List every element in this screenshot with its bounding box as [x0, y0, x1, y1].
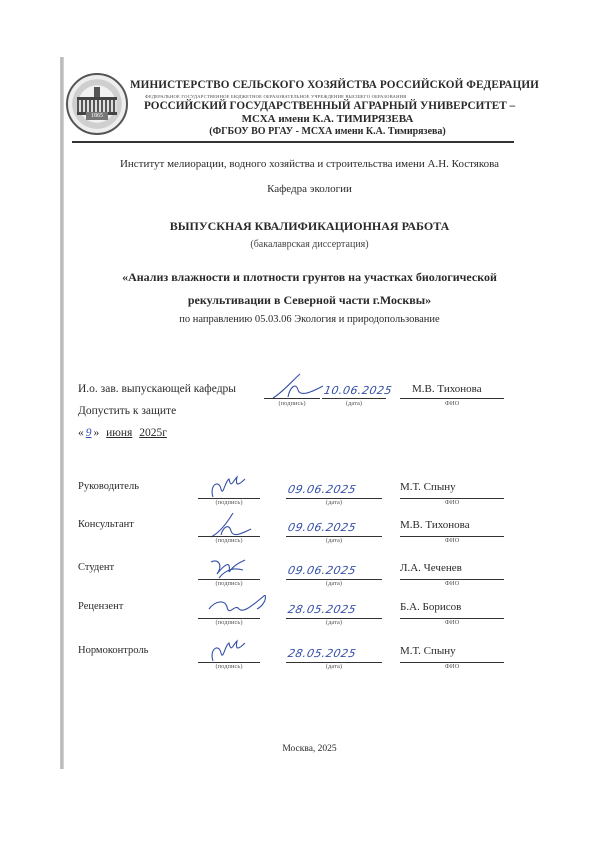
- signatory-date: 28.05.2025: [287, 647, 358, 660]
- signatory-date: 09.06.2025: [287, 483, 358, 496]
- head-name: М.В. Тихонова: [412, 383, 482, 395]
- admit-date: «9» июня 2025г: [78, 427, 167, 439]
- quote-open: «: [78, 427, 84, 439]
- thesis-title-line-1: «Анализ влажности и плотности грунтов на…: [64, 270, 555, 285]
- signatory-date: 28.05.2025: [287, 603, 358, 616]
- date-caption: (дата): [322, 400, 386, 407]
- head-of-department-label: И.о. зав. выпускающей кафедры: [78, 383, 236, 395]
- signature-caption: (подпись): [198, 580, 260, 587]
- fio-caption: ФИО: [400, 400, 504, 407]
- signatory-name: М.В. Тихонова: [400, 519, 470, 531]
- city-year: Москва, 2025: [64, 744, 555, 754]
- date-line: [322, 398, 386, 399]
- head-date: 10.06.2025: [323, 384, 393, 397]
- fio-caption: ФИО: [400, 499, 504, 506]
- ministry-name: МИНИСТЕРСТВО СЕЛЬСКОГО ХОЗЯЙСТВА РОССИЙС…: [130, 79, 539, 91]
- signatory-role: Студент: [78, 562, 114, 573]
- work-type-heading: ВЫПУСКНАЯ КВАЛИФИКАЦИОННАЯ РАБОТА: [64, 219, 555, 234]
- header-divider: [72, 141, 514, 143]
- university-subname: МСХА имени К.А. ТИМИРЯЗЕВА: [0, 113, 595, 125]
- signatory-role: Руководитель: [78, 481, 139, 492]
- fio-caption: ФИО: [400, 580, 504, 587]
- study-direction: по направлению 05.03.06 Экология и приро…: [64, 314, 555, 325]
- date-caption: (дата): [286, 663, 382, 670]
- signatory-date: 09.06.2025: [287, 564, 358, 577]
- signatory-role: Рецензент: [78, 601, 123, 612]
- fio-line: [400, 398, 504, 399]
- thesis-title-line-2: рекультивации в Северной части г.Москвы»: [64, 293, 555, 308]
- signature-caption: (подпись): [198, 537, 260, 544]
- admit-year: 2025г: [139, 427, 167, 439]
- date-caption: (дата): [286, 580, 382, 587]
- signature-caption: (подпись): [198, 663, 260, 670]
- fio-caption: ФИО: [400, 537, 504, 544]
- signatory-name: Б.А. Борисов: [400, 601, 461, 613]
- institute-name: Институт мелиорации, водного хозяйства и…: [64, 158, 555, 170]
- signature-caption: (подпись): [198, 619, 260, 626]
- signatory-name: М.Т. Спыну: [400, 481, 456, 493]
- signatory-role: Консультант: [78, 519, 134, 530]
- university-name: РОССИЙСКИЙ ГОСУДАРСТВЕННЫЙ АГРАРНЫЙ УНИВ…: [144, 100, 515, 112]
- work-subtype: (бакалаврская диссертация): [64, 239, 555, 250]
- signatory-name: М.Т. Спыну: [400, 645, 456, 657]
- quote-close: »: [94, 427, 100, 439]
- admit-day: 9: [84, 427, 94, 439]
- admit-month: июня: [106, 427, 132, 439]
- university-abbreviation: (ФГБОУ ВО РГАУ - МСХА имени К.А. Тимиряз…: [0, 126, 595, 137]
- signature-caption: (подпись): [198, 499, 260, 506]
- fio-caption: ФИО: [400, 663, 504, 670]
- signature-line: [264, 398, 320, 399]
- admit-to-defense-label: Допустить к защите: [78, 405, 176, 417]
- signatory-role: Нормоконтроль: [78, 645, 148, 656]
- date-caption: (дата): [286, 499, 382, 506]
- date-caption: (дата): [286, 619, 382, 626]
- signatory-date: 09.06.2025: [287, 521, 358, 534]
- signature-caption: (подпись): [264, 400, 320, 407]
- fio-caption: ФИО: [400, 619, 504, 626]
- department-name: Кафедра экологии: [64, 183, 555, 195]
- signatory-name: Л.А. Чеченев: [400, 562, 462, 574]
- institution-type: ФЕДЕРАЛЬНОЕ ГОСУДАРСТВЕННОЕ БЮДЖЕТНОЕ ОБ…: [145, 94, 406, 99]
- date-caption: (дата): [286, 537, 382, 544]
